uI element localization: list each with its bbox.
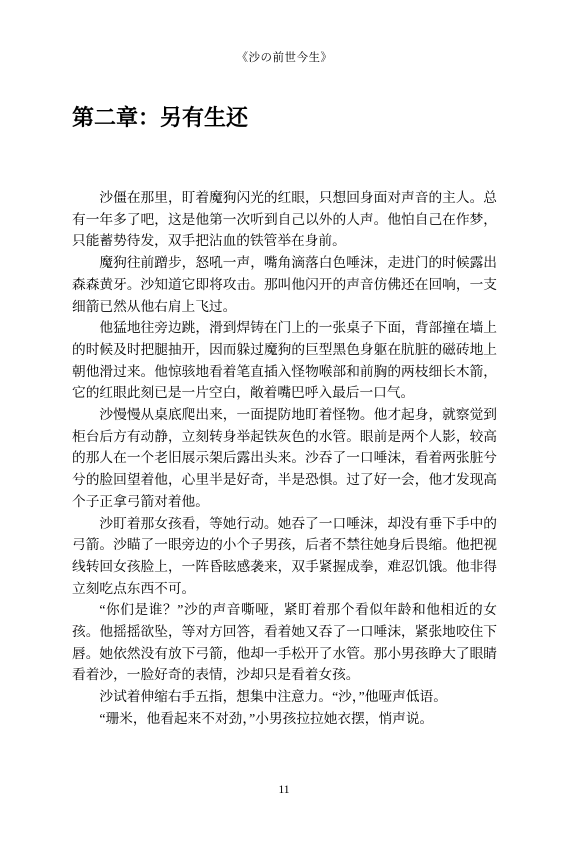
paragraph: 沙僵在那里，盯着魔狗闪光的红眼，只想回身面对声音的主人。总有一年多了吧，这是他第… [72, 187, 497, 252]
page-number: 11 [0, 784, 568, 797]
paragraph: 沙慢慢从桌底爬出来，一面提防地盯着怪物。他才起身，就察觉到柜台后方有动静，立刻转… [72, 404, 497, 513]
paragraph: 魔狗往前蹭步，怒吼一声，嘴角滴落白色唾沫，走进门的时候露出森森黄牙。沙知道它即将… [72, 252, 497, 317]
paragraph: “珊米，他看起来不对劲，”小男孩拉拉她衣摆，悄声说。 [72, 708, 497, 730]
paragraph: 他猛地往旁边跳，滑到焊铸在门上的一张桌子下面，背部撞在墙上的时候及时把腿抽开，因… [72, 317, 497, 404]
chapter-heading: 第二章：另有生还 [72, 104, 497, 131]
paragraph: “你们是谁？”沙的声音嘶哑，紧盯着那个看似年龄和他相近的女孩。他摇摇欲坠，等对方… [72, 599, 497, 686]
book-title-header: 《沙の前世今生》 [72, 52, 497, 65]
paragraph: 沙试着伸缩右手五指，想集中注意力。“沙，”他哑声低语。 [72, 686, 497, 708]
document-page: 《沙の前世今生》 第二章：另有生还 沙僵在那里，盯着魔狗闪光的红眼，只想回身面对… [0, 0, 568, 852]
chapter-body: 沙僵在那里，盯着魔狗闪光的红眼，只想回身面对声音的主人。总有一年多了吧，这是他第… [72, 187, 497, 730]
paragraph: 沙盯着那女孩看，等她行动。她吞了一口唾沫，却没有垂下手中的弓箭。沙瞄了一眼旁边的… [72, 513, 497, 600]
